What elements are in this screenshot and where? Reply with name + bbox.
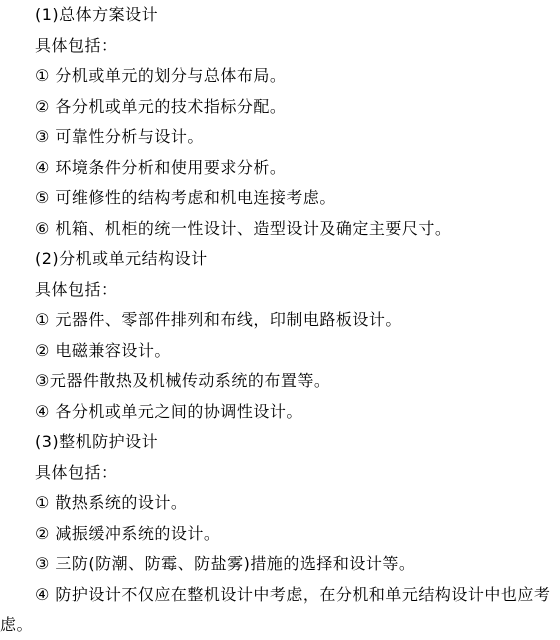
paragraph: ④ 各分机或单元之间的协调性设计。 [0,397,560,428]
paragraph: ⑤ 可维修性的结构考虑和机电连接考虑。 [0,183,560,214]
paragraph: ② 减振缓冲系统的设计。 [0,519,560,550]
paragraph: (2)分机或单元结构设计 [0,244,560,275]
paragraph: ② 各分机或单元的技术指标分配。 [0,92,560,123]
paragraph: 具体包括： [0,275,560,306]
paragraph: ② 电磁兼容设计。 [0,336,560,367]
paragraph: ① 元器件、零部件排列和布线，印制电路板设计。 [0,305,560,336]
paragraph: (3)整机防护设计 [0,427,560,458]
paragraph: ③ 三防(防潮、防霉、防盐雾)措施的选择和设计等。 [0,549,560,580]
document-content: (1)总体方案设计具体包括：① 分机或单元的划分与总体布局。② 各分机或单元的技… [0,0,560,640]
paragraph: (1)总体方案设计 [0,0,560,31]
paragraph: ① 分机或单元的划分与总体布局。 [0,61,560,92]
paragraph: 具体包括： [0,31,560,62]
paragraph: 具体包括： [0,458,560,489]
paragraph: ④ 防护设计不仅应在整机设计中考虑，在分机和单元结构设计中也应考虑。 [0,580,560,640]
paragraph: ④ 环境条件分析和使用要求分析。 [0,153,560,184]
paragraph: ① 散热系统的设计。 [0,488,560,519]
document-page: (1)总体方案设计具体包括：① 分机或单元的划分与总体布局。② 各分机或单元的技… [0,0,560,640]
paragraph: ③元器件散热及机械传动系统的布置等。 [0,366,560,397]
paragraph: ③ 可靠性分析与设计。 [0,122,560,153]
paragraph: ⑥ 机箱、机柜的统一性设计、造型设计及确定主要尺寸。 [0,214,560,245]
